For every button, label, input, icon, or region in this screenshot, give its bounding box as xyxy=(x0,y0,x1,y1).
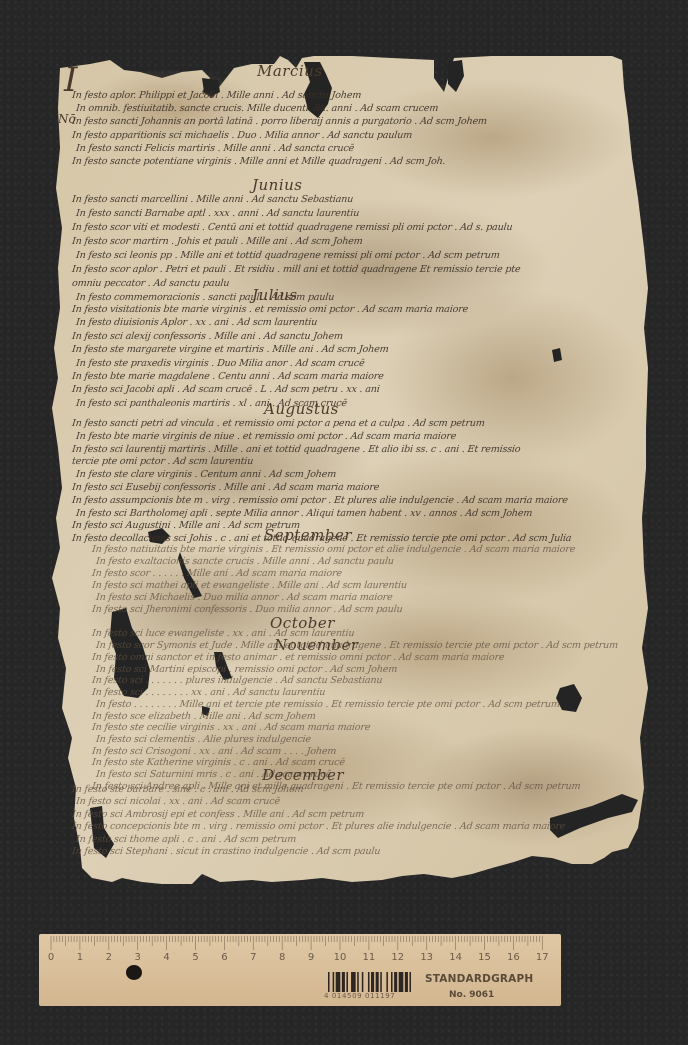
manuscript-text: I Nō MarciusIn festo aplor. Philippi et … xyxy=(52,48,650,888)
manuscript-line: In festo concepcionis bte m . virg . rem… xyxy=(71,821,565,832)
manuscript-line: In festo natiuitatis bte marie virginis … xyxy=(91,544,575,555)
manuscript-line: In festo visitationis bte marie virginis… xyxy=(71,304,468,315)
manuscript-line: In festo sancti Johannis an portā latinā… xyxy=(71,116,487,127)
month-heading: September xyxy=(264,526,352,544)
month-heading: December xyxy=(262,766,344,784)
manuscript-line: In festo sci Ambrosij epi et confess . M… xyxy=(71,809,364,820)
ruler-number: 6 xyxy=(221,952,227,963)
manuscript-line: In festo sci Bartholomej apli . septe Mi… xyxy=(75,508,532,519)
ruler-number: 3 xyxy=(135,952,141,963)
manuscript-line: In festo sci mathei apli et ewangeliste … xyxy=(91,580,407,591)
month-heading: Marcius xyxy=(257,62,323,80)
ruler-number: 13 xyxy=(420,952,433,963)
ruler-hole xyxy=(126,965,142,980)
manuscript-line: omniu peccator . Ad sanctu paulu xyxy=(71,278,229,289)
manuscript-line: In festo diuisionis Aplor . xx . ani . A… xyxy=(75,317,317,328)
manuscript-line: In festo sci alexij confessoris . Mille … xyxy=(71,331,343,342)
manuscript-line: In festo sci Jacobi apli . Ad scam crucē… xyxy=(71,384,380,395)
manuscript-line: In festo sci . . . . . . . plures indulg… xyxy=(91,675,382,686)
scale-ruler: 01234567891011121314151617 4 014509 0111… xyxy=(39,934,561,1006)
manuscript-line: In festo bte marie virginis de niue . et… xyxy=(75,431,456,442)
ruler-number: 7 xyxy=(250,952,256,963)
ruler-number: 5 xyxy=(192,952,198,963)
manuscript-line: In festo assumpcionis bte m . virg . rem… xyxy=(71,495,568,506)
ruler-number: 4 xyxy=(163,952,169,963)
manuscript-line: In festo ste barbare . sine . c . ani . … xyxy=(71,784,304,795)
ruler-number: 1 xyxy=(77,952,83,963)
manuscript-line: In festo sci . . . . . . . . xx . ani . … xyxy=(91,687,325,698)
manuscript-line: In festo sancte potentiane virginis . Mi… xyxy=(71,156,446,167)
barcode-number: 4 014509 011197 xyxy=(324,992,395,1000)
barcode-icon xyxy=(328,972,411,992)
ruler-number: 15 xyxy=(478,952,491,963)
manuscript-line: In festo sci Crisogoni . xx . ani . Ad s… xyxy=(91,746,336,757)
manuscript-line: In festo aplor. Philippi et Jacobi . Mil… xyxy=(71,90,361,101)
manuscript-line: In festo sci nicolai . xx . ani . Ad sca… xyxy=(75,796,280,807)
manuscript-line: tercie pte omi pctor . Ad scm laurentiu xyxy=(71,456,253,467)
ruler-number: 12 xyxy=(391,952,404,963)
manuscript-line: In festo sci Jheronimi confessoris . Duo… xyxy=(91,604,403,615)
manuscript-line: In festo sci thome apli . c . ani . Ad s… xyxy=(75,834,296,845)
ruler-number: 17 xyxy=(536,952,549,963)
manuscript-line: In festo sancti petri ad vincula . et re… xyxy=(71,418,485,429)
manuscript-line: In festo scor . . . . . . Mille ani . Ad… xyxy=(91,568,342,579)
manuscript-line: In festo ste margarete virgine et martir… xyxy=(71,344,389,355)
manuscript-line: In festo sci leonis pp . Mille ani et to… xyxy=(75,250,500,261)
manuscript-page: I Nō MarciusIn festo aplor. Philippi et … xyxy=(52,48,650,888)
manuscript-line: In festo . . . . . . . . Mille ani et te… xyxy=(95,699,560,710)
manuscript-line: In festo sci Michaelis . Duo milia annor… xyxy=(95,592,393,603)
manuscript-line: In festo sci clementis . Alie plures ind… xyxy=(95,734,311,745)
manuscript-line: In festo scor aplor . Petri et pauli . E… xyxy=(71,264,521,275)
manuscript-line: In festo sancti Barnabe aptl . xxx . ann… xyxy=(75,208,359,219)
manuscript-line: In festo sci Martini episcopi . remissio… xyxy=(95,664,397,675)
ruler-number: 8 xyxy=(279,952,285,963)
manuscript-line: In festo scor viti et modesti . Centū an… xyxy=(71,222,513,233)
manuscript-line: In festo sancti Felicis martiris . Mille… xyxy=(75,143,354,154)
manuscript-line: In festo sancti marcellini . Mille anni … xyxy=(71,194,353,205)
ruler-number: 16 xyxy=(507,952,520,963)
manuscript-line: In festo ste praxedis virginis . Duo Mil… xyxy=(75,358,365,369)
ruler-number: 11 xyxy=(363,952,376,963)
manuscript-line: In festo sce elizabeth . Mille ani . Ad … xyxy=(91,711,316,722)
month-heading: Julius xyxy=(252,286,298,304)
ruler-number: 9 xyxy=(308,952,314,963)
manuscript-line: In festo sci Stephani . sicut in crastin… xyxy=(71,846,380,857)
ruler-model: No. 9061 xyxy=(449,990,494,1000)
manuscript-line: In festo bte marie magdalene . Centu ann… xyxy=(71,371,384,382)
ruler-number: 10 xyxy=(334,952,347,963)
ruler-brand: STANDARDGRAPH xyxy=(425,973,533,985)
manuscript-line: In festo sci Eusebij confessoris . Mille… xyxy=(71,482,379,493)
manuscript-line: In festo scor martirn . Johis et pauli .… xyxy=(71,236,363,247)
ruler-number: 2 xyxy=(106,952,112,963)
manuscript-line: In festo exaltacionis sancte crucis . Mi… xyxy=(95,556,394,567)
manuscript-line: In festo ste cecilie virginis . xx . ani… xyxy=(91,722,370,733)
manuscript-line: In festo ste clare virginis . Centum ann… xyxy=(75,469,336,480)
manuscript-line: In festo omni sanctor et in festo animar… xyxy=(91,652,505,663)
month-heading: Junius xyxy=(252,176,303,194)
manuscript-line: In festo apparitionis sci michaelis . Du… xyxy=(71,130,412,141)
month-heading: Augustus xyxy=(264,400,339,418)
manuscript-line: In omnib. festiuitatib. sancte crucis. M… xyxy=(75,103,438,114)
manuscript-line: In festo sci laurentij martiris . Mille … xyxy=(71,444,521,455)
ruler-number: 0 xyxy=(48,952,54,963)
ruler-number: 14 xyxy=(449,952,462,963)
